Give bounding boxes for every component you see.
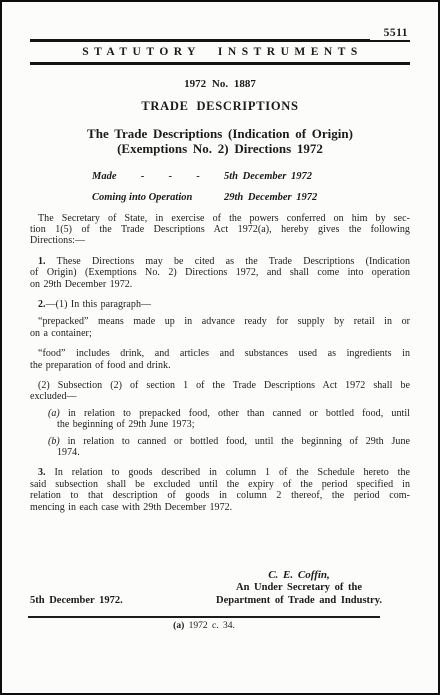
signatory-title-line: Department of Trade and Industry. xyxy=(216,595,382,608)
paragraph-number: 2. xyxy=(38,299,46,310)
text-line: mencing in each case with 29th December … xyxy=(30,502,410,513)
text-line: the beginning of 29th June 1973; xyxy=(57,419,410,430)
made-label: Made xyxy=(92,170,117,183)
text-line: Directions:— xyxy=(30,235,410,246)
made-dash: - xyxy=(141,170,145,183)
text-line: 1974. xyxy=(57,447,410,458)
text-line: the preparation of food and drink. xyxy=(30,360,410,371)
top-rule xyxy=(30,39,370,42)
paragraph-number: 3. xyxy=(38,467,46,478)
item-marker: (a) xyxy=(48,408,60,419)
title-line-2: (Exemptions No. 2) Directions 1972 xyxy=(2,141,438,157)
page-number: 5511 xyxy=(370,27,410,42)
definition-prepacked: “prepacked” means made up in advance rea… xyxy=(30,316,410,339)
direction-1-paragraph: 1. These Directions may be cited as the … xyxy=(30,256,410,290)
made-row: Made - - - 5th December 1972 xyxy=(92,170,320,183)
instrument-number: 1972 No. 1887 xyxy=(2,78,438,90)
subitem-a: (a) in relation to prepacked food, other… xyxy=(48,408,410,431)
subsection-2-paragraph: (2) Subsection (2) of section 1 of the T… xyxy=(30,380,410,403)
definition-food: “food” includes drink, and articles and … xyxy=(30,348,410,371)
paragraph-number: 1. xyxy=(38,256,46,267)
signature-date: 5th December 1972. xyxy=(30,595,123,607)
operation-row: Coming into Operation 29th December 1972 xyxy=(92,191,320,204)
document-title: The Trade Descriptions (Indication of Or… xyxy=(2,126,438,157)
made-dash: - xyxy=(169,170,173,183)
text-line: relation to that description of goods in… xyxy=(30,490,410,501)
document-page: 5511 STATUTORY INSTRUMENTS 1972 No. 1887… xyxy=(0,0,440,695)
direction-3-paragraph: 3. In relation to goods described in col… xyxy=(30,467,410,513)
subitem-b: (b) in relation to canned or bottled foo… xyxy=(48,436,410,459)
operation-date: 29th December 1972 xyxy=(224,191,317,204)
footnote-rule xyxy=(28,616,380,618)
footnote-marker: (a) xyxy=(173,621,184,631)
text-line: tion 1(5) of the Trade Descriptions Act … xyxy=(30,224,410,235)
page-header: 5511 xyxy=(30,27,410,42)
series-title: STATUTORY INSTRUMENTS xyxy=(2,42,438,62)
signatory-title-line: An Under Secretary of the xyxy=(216,582,382,595)
signature-area: 5th December 1972. C. E. Coffin, An Unde… xyxy=(30,569,410,607)
dates-table: Made - - - 5th December 1972 Coming into… xyxy=(92,170,320,204)
direction-2-heading: 2.—(1) In this paragraph— xyxy=(30,299,410,310)
text-line: on a container; xyxy=(30,328,410,339)
operation-label: Coming into Operation xyxy=(92,191,192,204)
text-line: of Origin) (Exemptions No. 2) Directions… xyxy=(30,267,410,278)
header-rule xyxy=(30,62,410,65)
text-line: excluded— xyxy=(30,391,410,402)
body-text: The Secretary of State, in exercise of t… xyxy=(30,213,410,514)
item-marker: (b) xyxy=(48,436,60,447)
footnote: (a) 1972 c. 34. xyxy=(28,621,380,631)
made-dash: - xyxy=(196,170,200,183)
text-line: on 29th December 1972. xyxy=(30,279,410,290)
signatory-name: C. E. Coffin, xyxy=(216,569,382,582)
made-date: 5th December 1972 xyxy=(224,170,312,183)
title-line-1: The Trade Descriptions (Indication of Or… xyxy=(2,126,438,142)
subject-heading: TRADE DESCRIPTIONS xyxy=(2,99,438,114)
signature-block: C. E. Coffin, An Under Secretary of the … xyxy=(216,569,382,607)
text-line: said subsection shall be excluded until … xyxy=(30,479,410,490)
footnote-text: 1972 c. 34. xyxy=(184,621,235,631)
intro-paragraph: The Secretary of State, in exercise of t… xyxy=(30,213,410,247)
